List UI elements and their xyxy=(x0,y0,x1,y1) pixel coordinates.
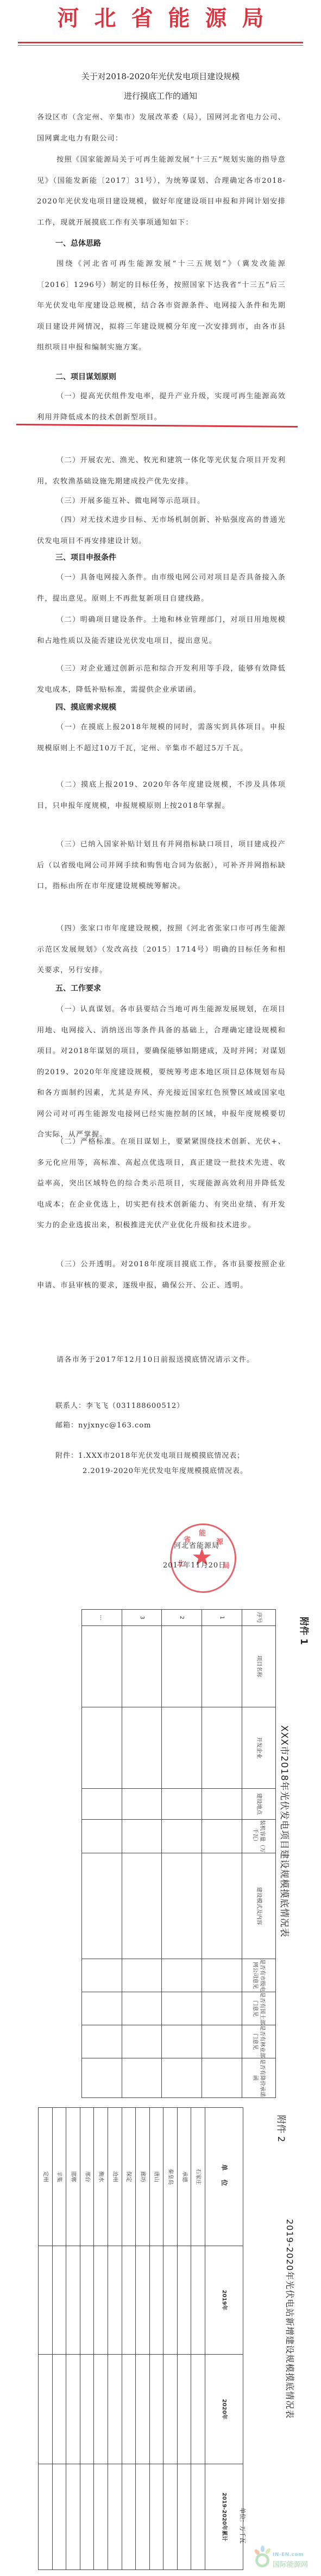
column-header: 是否有降价承诺函 xyxy=(242,2058,276,2098)
table-row: 秦皇岛 xyxy=(163,2108,178,2570)
city-cell: 衡水 xyxy=(94,2108,108,2246)
table-cell xyxy=(80,2246,94,2355)
attachment-2-title: 2019-2020年光伏电站新增建设规模摸底情况表 xyxy=(284,2219,297,2419)
table-cell xyxy=(163,2464,178,2570)
table-cell xyxy=(52,2246,66,2355)
table-cell xyxy=(191,2246,205,2355)
table-cell xyxy=(162,1992,202,2025)
column-header: 项目名称 xyxy=(242,1626,276,1707)
table-cell xyxy=(82,1853,122,1959)
table-cell xyxy=(82,1789,122,1820)
signature-date: 2017年11月20日 xyxy=(163,1559,226,1570)
table-row: 廊坊 xyxy=(136,2108,150,2570)
table-cell xyxy=(122,1992,162,2025)
column-header: 2019-2020年累计 xyxy=(205,2464,243,2570)
city-cell: 石家庄 xyxy=(191,2108,205,2246)
section-4-para-2: （二）摸底上报2019、2020年各年度建设规模，不涉及具体项目，只申报年度规模… xyxy=(37,775,286,817)
section-4-para-3: （三）已纳入国家补贴计划且有并网指标缺口项目，项目建成投产后（以省级电网公司并网… xyxy=(37,834,286,897)
masthead-org-name: 河北省能源局 xyxy=(0,5,321,31)
table-row: 承德 xyxy=(177,2108,191,2570)
table-cell xyxy=(136,2355,150,2464)
table-cell xyxy=(94,2246,108,2355)
section-4-para-4: （四）张家口市年度建设规模，按照《河北省张家口市可再生能源示范区发展规划》（发改… xyxy=(37,919,286,981)
section-5-para-3: （三）公开透明。对2018年度项目摸底工作，各市县要按照企业申请、市县审核的要求… xyxy=(37,1254,286,1296)
table-row: 衡水 xyxy=(94,2108,108,2570)
in-en-watermark: IN-EN.com 国际能源网 xyxy=(255,2550,320,2572)
table-row: 保定 xyxy=(122,2108,136,2570)
table-cell xyxy=(94,2464,108,2570)
section-4-para-1: （一）在摸底上报2018年规模的同时，需落实到具体项目。申报规模原则上不超过10… xyxy=(37,717,286,759)
table-cell xyxy=(177,2246,191,2355)
section-5-para-1: （一）认真谋划。各市县要结合当地可再生能源发展规划，在项目用地、电网接入、消纳送… xyxy=(37,999,286,1146)
section-2-para-1: （一）提高光伏组件发电率，提升产业升级，实现可再生能源高效利用并降低成本的技术创… xyxy=(37,386,286,428)
table-cell xyxy=(122,1707,162,1789)
table-cell xyxy=(202,1626,242,1707)
table-cell xyxy=(162,1789,202,1820)
contact-email: 邮箱：nyjxnyc@163.com xyxy=(55,1419,151,1430)
table-cell: 2 xyxy=(162,1610,202,1626)
table-cell xyxy=(66,2246,80,2355)
table-cell xyxy=(39,2355,53,2464)
table-cell xyxy=(82,1626,122,1707)
city-cell: 保定 xyxy=(122,2108,136,2246)
table-row: 定州 xyxy=(39,2108,53,2570)
attachment-2-table: 单 位 2019年 2020年 2019-2020年累计 石家庄 承德 秦皇岛 … xyxy=(38,2107,243,2570)
attachment-1-label: 附件 1 xyxy=(298,1617,312,1645)
table-header-row: 序号 项目名称 开发企业 建设地点 装机容量（万千瓦） 建设模式及内容 是否有市… xyxy=(242,1610,276,2098)
table-row: 1 xyxy=(202,1610,242,2098)
table-cell xyxy=(122,2058,162,2098)
table-cell xyxy=(162,1626,202,1707)
table-cell xyxy=(122,1853,162,1959)
city-cell: 廊坊 xyxy=(136,2108,150,2246)
city-cell: 沧州 xyxy=(108,2108,122,2246)
city-cell: 邯郸 xyxy=(66,2108,80,2246)
table-row: 石家庄 xyxy=(191,2108,205,2570)
table-cell xyxy=(202,1853,242,1959)
table-cell xyxy=(94,2355,108,2464)
table-cell xyxy=(122,1959,162,1992)
table-cell: … xyxy=(82,1610,122,1626)
watermark-en: IN-EN.com xyxy=(273,2552,304,2558)
seal-arc-text: 能 xyxy=(199,1527,206,1538)
table-cell xyxy=(149,2246,163,2355)
section-1-para-1: 围绕《河北省可再生能源发展“十三五规划”》（冀发改能源〔2016〕1296号）制… xyxy=(37,254,286,359)
table-cell xyxy=(149,2355,163,2464)
attachment-2-label: 附件 2 xyxy=(275,2115,289,2142)
table-cell xyxy=(202,1959,242,1992)
table-cell xyxy=(202,1992,242,2025)
city-cell: 秦皇岛 xyxy=(163,2108,178,2246)
addressee: 各设区市（含定州、辛集市）发展改革委（局），国网河北省电力公司、国网冀北电力有限… xyxy=(37,107,286,149)
attachment-1-title: XXX市2018年光伏发电项目建设规模摸底情况表 xyxy=(279,1725,292,1937)
table-row: 3 xyxy=(122,1610,162,2098)
table-cell xyxy=(202,1789,242,1820)
section-3-para-1: （一）具备电网接入条件。由市级电网公司对项目是否具备接入条件，提出意见。原则上不… xyxy=(37,568,286,609)
section-2-para-4: （四）对无技术进步目标、无市场机制创新、补贴强度高的普通光伏发电项目不再安排建设… xyxy=(37,510,286,552)
signature-org: 河北省能源局 xyxy=(174,1540,219,1550)
table-cell xyxy=(82,1707,122,1789)
table-cell xyxy=(122,2464,136,2570)
table-cell xyxy=(39,2464,53,2570)
table-cell xyxy=(162,1853,202,1959)
table-cell xyxy=(122,1626,162,1707)
official-seal: ★ 能 省 源 北 局 xyxy=(170,1523,236,1593)
table-cell xyxy=(162,2058,202,2098)
column-header: 2020年 xyxy=(205,2355,243,2464)
watermark-petal-icon xyxy=(261,2546,265,2552)
table-cell xyxy=(202,2058,242,2098)
table-cell xyxy=(82,1820,122,1853)
table-cell xyxy=(82,2025,122,2058)
column-header: 是否有林业部门意见 xyxy=(242,2025,276,2058)
section-2-para-2: （二）开展农光、渔光、牧光和建筑一体化等光伏复合项目开发利用，农牧渔基础设施先期… xyxy=(37,450,286,492)
table-cell xyxy=(202,1707,242,1789)
table-cell xyxy=(122,1820,162,1853)
table-cell xyxy=(122,2025,162,2058)
section-heading-4: 四、摸底需求规模 xyxy=(55,699,116,716)
city-cell: 辛集 xyxy=(52,2108,66,2246)
column-header: 是否有国土部门意见 xyxy=(242,1992,276,2025)
masthead-red-rule xyxy=(18,42,303,43)
table-cell xyxy=(108,2355,122,2464)
contact-person: 联系人：李飞飞（031188600512） xyxy=(55,1400,184,1410)
city-cell: 承德 xyxy=(177,2108,191,2246)
section-heading-3: 三、项目申报条件 xyxy=(55,550,116,566)
column-header: 建设地点 xyxy=(242,1789,276,1820)
watermark-logo-icon xyxy=(255,2553,269,2567)
deadline-text: 请各市务于2017年12月10日前报送摸底情况请示文件。 xyxy=(37,1350,286,1371)
attachment-1-table: 序号 项目名称 开发企业 建设地点 装机容量（万千瓦） 建设模式及内容 是否有市… xyxy=(81,1609,276,2098)
table-cell xyxy=(66,2464,80,2570)
table-row: 唐山 xyxy=(149,2108,163,2570)
document-page: 河北省能源局 关于对2018-2020年光伏发电项目建设规模 进行摸底工作的通知… xyxy=(0,0,321,2576)
table-cell xyxy=(162,1820,202,1853)
column-header: 建设模式及内容 xyxy=(242,1853,276,1959)
table-cell xyxy=(177,2355,191,2464)
table-cell xyxy=(162,1959,202,1992)
column-header: 是否有市级电网公司意见 xyxy=(242,1959,276,1992)
table-cell: 3 xyxy=(122,1610,162,1626)
table-cell xyxy=(202,2025,242,2058)
table-row: 沧州 xyxy=(108,2108,122,2570)
table-cell xyxy=(108,2464,122,2570)
city-cell: 定州 xyxy=(39,2108,53,2246)
table-cell xyxy=(202,1820,242,1853)
table-cell xyxy=(122,1789,162,1820)
city-cell: 唐山 xyxy=(149,2108,163,2246)
table-header-row: 单 位 2019年 2020年 2019-2020年累计 xyxy=(205,2108,243,2570)
section-2-para-3: （三）开展多能互补、微电网等示范项目。 xyxy=(37,491,286,512)
table-cell xyxy=(66,2355,80,2464)
table-cell xyxy=(108,2246,122,2355)
section-heading-5: 五、工作要求 xyxy=(55,980,101,997)
table-cell xyxy=(39,2246,53,2355)
column-header: 装机容量（万千瓦） xyxy=(242,1820,276,1853)
table-cell xyxy=(82,2058,122,2098)
table-cell xyxy=(163,2355,178,2464)
table-cell xyxy=(122,2355,136,2464)
table-row: 辛集 xyxy=(52,2108,66,2570)
city-cell: 邢台 xyxy=(80,2108,94,2246)
column-header: 开发企业 xyxy=(242,1707,276,1789)
table-cell xyxy=(80,2464,94,2570)
table-row: … xyxy=(82,1610,122,2098)
attachment-1-table-wrap: 序号 项目名称 开发企业 建设地点 装机容量（万千瓦） 建设模式及内容 是否有市… xyxy=(81,1609,276,2098)
attachment-2-table-wrap: 单 位 2019年 2020年 2019-2020年累计 石家庄 承德 秦皇岛 … xyxy=(38,2107,243,2570)
column-header: 单 位 xyxy=(205,2108,243,2246)
table-cell xyxy=(82,1959,122,1992)
table-cell xyxy=(52,2464,66,2570)
table-cell xyxy=(191,2355,205,2464)
section-3-para-2: （二）明确项目建设条件。土地和林业管理部门，对项目用地规模和占地性质以及能否建设… xyxy=(37,610,286,652)
intro-paragraph: 按照《国家能源局关于可再生能源发展“十三五”规划实施的指导意见》（国能发新能〔2… xyxy=(37,150,286,233)
column-header: 2019年 xyxy=(205,2246,243,2355)
table-cell xyxy=(162,2025,202,2058)
section-heading-1: 一、总体思路 xyxy=(55,235,101,252)
table-cell xyxy=(52,2355,66,2464)
table-cell xyxy=(191,2464,205,2570)
table-cell xyxy=(80,2355,94,2464)
masthead-red-rule-thin xyxy=(18,45,303,46)
table-row: 2 xyxy=(162,1610,202,2098)
table-cell xyxy=(82,1992,122,2025)
section-3-para-3: （三）对企业通过创新示范和综合开发利用等手段，能够有效降低发电成本，降低补贴标准… xyxy=(37,659,286,700)
table-row: 邢台 xyxy=(80,2108,94,2570)
section-heading-2: 二、项目谋划原则 xyxy=(55,369,116,385)
table-cell xyxy=(163,2246,178,2355)
table-cell xyxy=(136,2464,150,2570)
watermark-cn: 国际能源网 xyxy=(273,2559,308,2569)
attachment-list-item-1: 附件：1.XXX市2018年光伏发电项目规模摸底情况表； xyxy=(55,1450,244,1460)
notice-title-line2: 进行摸底工作的通知 xyxy=(0,88,321,104)
table-row: 邯郸 xyxy=(66,2108,80,2570)
notice-title-line1: 关于对2018-2020年光伏发电项目建设规模 xyxy=(0,68,321,85)
column-header: 序号 xyxy=(242,1610,276,1626)
table-cell xyxy=(136,2246,150,2355)
table-cell xyxy=(149,2464,163,2570)
table-cell xyxy=(122,2246,136,2355)
table-cell xyxy=(177,2464,191,2570)
attachment-list-item-2: 2.2019-2020年光伏发电年度规模摸底情况表。 xyxy=(83,1465,248,1475)
table-cell xyxy=(162,1707,202,1789)
table-cell: 1 xyxy=(202,1610,242,1626)
section-5-para-2: （二）严格标准。在项目谋划上，要紧紧围绕技术创新、光伏+、多元化应用等，高标准、… xyxy=(37,1132,286,1236)
